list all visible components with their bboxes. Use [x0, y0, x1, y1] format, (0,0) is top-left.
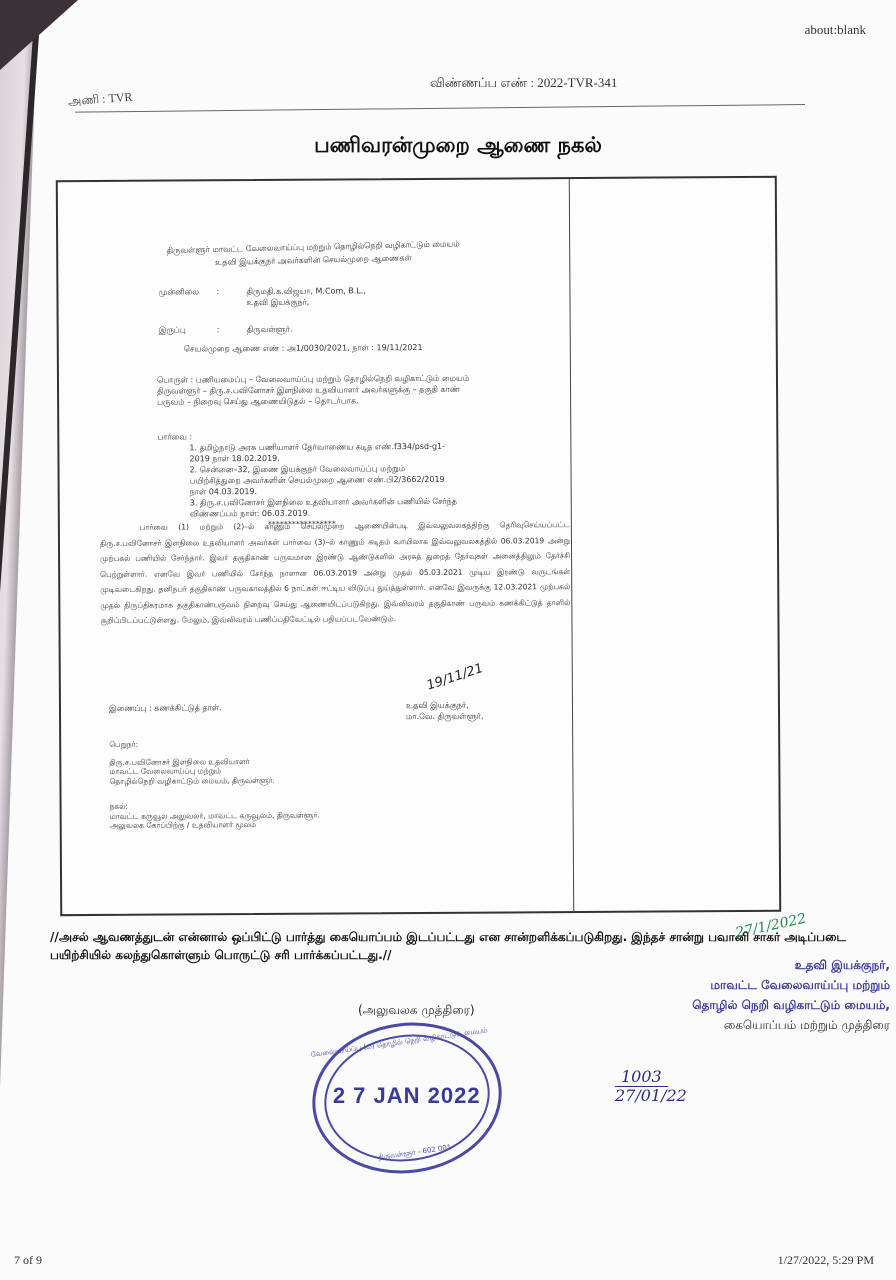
signatory-block: உதவி இயக்குநர், மா.வே. திருவள்ளூர்,	[406, 700, 484, 722]
print-timestamp: 1/27/2022, 5:29 PM	[778, 1253, 874, 1268]
subject-text: பணியமைப்பு – வேலைவாய்ப்பு மற்றும் தொழில்…	[157, 374, 469, 407]
reference-item: 2. சென்னை–32, இணை இயக்குநர் வேலைவாய்ப்பு…	[189, 463, 457, 498]
order-document: திருவள்ளூர் மாவட்ட வேலைவாய்ப்பு மற்றும் …	[58, 179, 572, 914]
background-corner	[0, 0, 78, 70]
order-copy-frame: திருவள்ளூர் மாவட்ட வேலைவாய்ப்பு மற்றும் …	[56, 176, 781, 916]
office-heading: திருவள்ளூர் மாவட்ட வேலைவாய்ப்பு மற்றும் …	[138, 237, 489, 271]
scanned-page-edge	[0, 0, 38, 1280]
signature-seal-label: கையொப்பம் மற்றும் முத்திரை	[600, 1015, 890, 1035]
reference-item: 3. திரு.ச.பவினோசர் இளநிலை உதவியாளர் அவர்…	[190, 496, 458, 520]
references: பார்வை : 1. தமிழ்நாடு அரசு பணியாளர் தேர்…	[157, 430, 458, 531]
stamp-ring-top: வேலைவாய்ப்பு (ம) தொழில் நெறி வழிகாட்டும்…	[308, 1026, 491, 1061]
officer-line-1: உதவி இயக்குநர்,	[600, 955, 890, 975]
order-number: செயல்முறை ஆணை எண் : அ1/0030/2021, நாள் :…	[184, 342, 423, 354]
application-number: விண்ணப்ப எண் : 2022-TVR-341	[430, 75, 617, 92]
officer-stamp: உதவி இயக்குநர், மாவட்ட வேலைவாய்ப்பு மற்ற…	[600, 955, 890, 1035]
signatory-line-1: உதவி இயக்குநர்,	[406, 700, 484, 711]
recipient-label: பெறுநர்:	[109, 739, 275, 750]
officer-line-2: மாவட்ட வேலைவாய்ப்பு மற்றும்	[600, 975, 890, 995]
ink-signature-date: 27/01/22	[615, 1087, 687, 1105]
print-header-url: about:blank	[805, 22, 866, 38]
place-row: இருப்பு:திருவள்ளூர்.	[159, 324, 293, 336]
subject-label: பொருள் :	[157, 375, 193, 384]
page-counter: 7 of 9	[14, 1253, 42, 1268]
stamp-date: 2 7 JAN 2022	[315, 1083, 499, 1109]
ink-signature-number: 1003	[615, 1068, 668, 1087]
signatory-line-2: மா.வே. திருவள்ளூர்,	[406, 711, 484, 722]
header-rule	[75, 104, 805, 113]
copy-block: நகல்: மாவட்ட கருவூல அலுவலர், மாவட்ட கருவ…	[110, 801, 320, 831]
present-label: முன்னிலை	[158, 286, 216, 297]
present-value-1: திருமதி.க.விஜயா, M.Com, B.L.,	[246, 285, 366, 297]
officer-line-3: தொழில் நெறி வழிகாட்டும் மையம்,	[600, 995, 890, 1015]
office-seal-label: (அலுவலக முத்திரை)	[358, 1003, 475, 1019]
enclosure: இணைப்பு : கணக்கிட்டுத் தாள்.	[109, 703, 222, 714]
recipient-block: பெறுநர்: திரு.ச.பவினோசர் இளநிலை உதவியாளர…	[109, 739, 275, 786]
office-seal-stamp: வேலைவாய்ப்பு (ம) தொழில் நெறி வழிகாட்டும்…	[302, 1011, 511, 1186]
stamp-ring-bottom: திருவள்ளூர் - 602 001	[323, 1136, 506, 1171]
page-title: பணிவரன்முறை ஆணை நகல்	[0, 133, 896, 160]
ink-signature: 1003 27/01/22	[615, 1068, 687, 1105]
order-body: பார்வை (1) மற்றும் (2)–ல் காணும் செயல்மு…	[100, 517, 571, 628]
subject-row: பொருள் : பணியமைப்பு – வேலைவாய்ப்பு மற்று…	[157, 373, 487, 408]
officer-signature: 19/11/21	[425, 661, 485, 694]
place-value: திருவள்ளூர்.	[247, 324, 293, 335]
copy-line: அலுவலக கோப்பிற்கு / உதவியாளர் மூலம்	[110, 820, 320, 831]
present-value-2: உதவி இயக்குநர்,	[246, 296, 366, 308]
place-label: இருப்பு	[159, 324, 217, 335]
present-row: முன்னிலை: திருமதி.க.விஜயா, M.Com, B.L., …	[158, 285, 366, 308]
recipient-line: தொழில்நெறி வழிகாட்டும் மையம், திருவள்ளூர…	[109, 775, 275, 786]
unit-label: அணி : TVR	[68, 90, 133, 110]
reference-item: 1. தமிழ்நாடு அரசு பணியாளர் தேர்வாணைய கடி…	[189, 441, 457, 465]
